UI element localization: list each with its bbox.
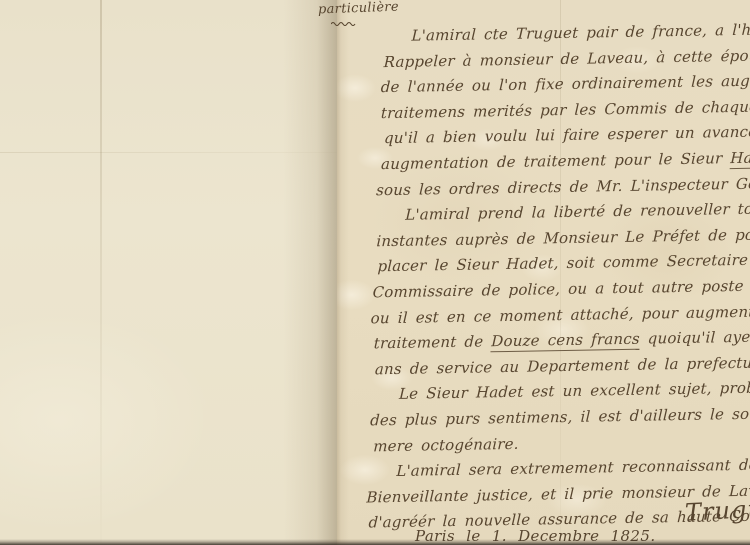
manuscript-letter-photo: L'amiral cte Truguet pair de france, a l… — [0, 0, 750, 545]
letter-line-segment: traitement de — [374, 332, 492, 352]
letter-line-segment: augmentation de traitement pour le Sieur — [381, 149, 731, 173]
fold-crease-vertical — [100, 0, 102, 545]
blank-verso-page — [0, 0, 337, 545]
letter-line-segment: quoiqu'il aye deja — [639, 327, 750, 348]
letter-body: L'amiral cte Truguet pair de france, a l… — [372, 17, 750, 537]
underlined-amount: Douze cens francs — [491, 330, 640, 353]
underline-flourish-icon — [331, 21, 357, 26]
signature: Truguet — [684, 493, 750, 526]
letter-page: L'amiral cte Truguet pair de france, a l… — [337, 0, 750, 545]
underlined-name: Hadet — [730, 148, 750, 169]
fold-crease-horizontal — [0, 152, 337, 153]
photo-bottom-edge-shadow — [0, 539, 750, 545]
annotation-particuliere: particulière — [318, 0, 399, 17]
